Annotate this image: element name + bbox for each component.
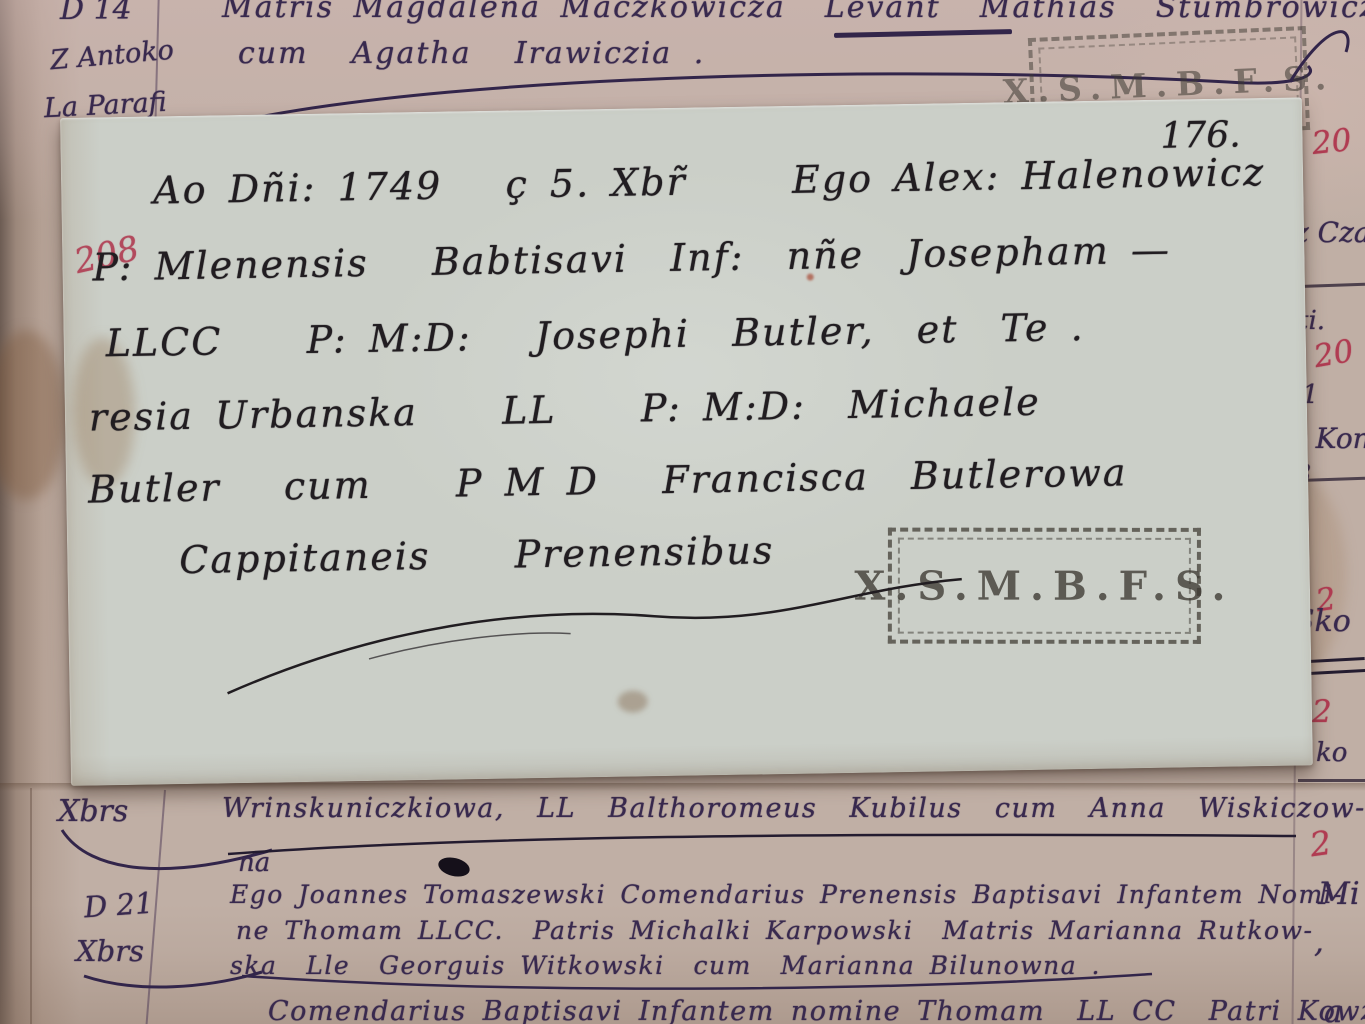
margin-number-fragment: 2 xyxy=(1307,823,1333,865)
slip-line-2: P: Mlenensis Babtisavi Inf: nñe Josepham… xyxy=(92,228,1171,290)
pen-flourish xyxy=(1284,6,1362,94)
bottom-margin-date: D 21 xyxy=(83,886,155,925)
bottom-entry-row3-partial: Comendarius Baptisavi Infantem nomine Th… xyxy=(268,996,1365,1024)
entry-fragment: z Czar xyxy=(1294,216,1365,249)
margin-number-fragment: 20 xyxy=(1311,333,1356,375)
underline-stroke xyxy=(834,29,1012,38)
bottom-entry-row1-line1: Wrinskuniczkiowa, LL Balthoromeus Kubilu… xyxy=(222,793,1365,824)
entry-fragment: ko xyxy=(1316,738,1347,768)
bottom-entry-row1-line2: na xyxy=(238,848,270,878)
pen-flourish xyxy=(240,966,1160,1000)
top-margin-date: D 14 xyxy=(60,0,132,27)
top-entry-line-1: Matris Magdalena Maczkowicza Levant Math… xyxy=(222,0,1365,25)
pen-flourish xyxy=(217,553,989,716)
entry-fragment: , xyxy=(1314,924,1324,960)
slip-line-1: Ao Dñi: 1749 ç 5. Xbr̃ Ego Alex: Halenow… xyxy=(153,150,1266,212)
ink-blot xyxy=(436,854,471,879)
page-fold-line xyxy=(30,788,32,1024)
bottom-entry-row2-line2: ne Thomam LLCC. Patris Michalki Karpowsk… xyxy=(236,916,1313,945)
slip-line-4: resia Urbanska LL P: M:D: Michaele xyxy=(89,380,1041,440)
bottom-entry-row2-line1: Ego Joannes Tomaszewski Comendarius Pren… xyxy=(230,880,1343,909)
pen-flourish xyxy=(78,960,268,1002)
slip-line-3: LLCC P: M:D: Josephi Butler, et Te . xyxy=(105,305,1085,365)
margin-number-fragment: 20 xyxy=(1310,122,1353,162)
margin-number-fragment: 2 xyxy=(1312,694,1332,730)
ruled-line xyxy=(1298,779,1365,782)
page-crease xyxy=(0,783,1365,791)
slip-line-5: Butler cum P M D Francisca Butlerowa xyxy=(88,450,1128,511)
ruled-line xyxy=(226,828,1301,858)
pasted-record-slip: 176. 208 Ao Dñi: 1749 ç 5. Xbr̃ Ego Alex… xyxy=(60,97,1313,786)
paper-stain xyxy=(0,330,66,500)
manuscript-photo: D 14 Z Antoko La Parafi Matris Magdalena… xyxy=(0,0,1365,1024)
